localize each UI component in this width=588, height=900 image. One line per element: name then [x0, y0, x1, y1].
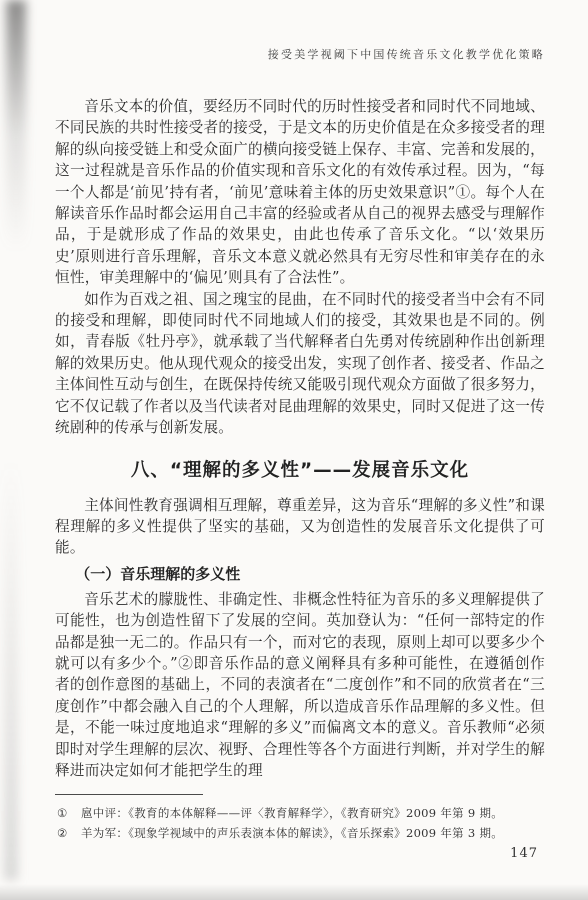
paragraph-music-text-value: 音乐文本的价值，要经历不同时代的历时性接受者和同时代不同地域、不同民族的共时性接… [55, 96, 545, 289]
section-heading: 八、“理解的多义性”——发展音乐文化 [55, 456, 545, 482]
subsection-heading: （一）音乐理解的多义性 [55, 562, 545, 586]
paragraph-polysemy: 音乐艺术的朦胧性、非确定性、非概念性特征为音乐的多义理解提供了可能性，也为创造性… [55, 589, 545, 782]
scan-edge-shadow-bottom-left [4, 460, 18, 880]
page-number: 147 [510, 846, 538, 861]
footnote-text: 羊为军：《现象学视域中的声乐表演本体的解读》，《音乐探索》2009 年第 3 期… [81, 824, 545, 844]
paragraph-intersubjectivity: 主体间性教育强调相互理解，尊重差异，这为音乐“理解的多义性”和课程理解的多义性提… [55, 495, 545, 559]
paragraph-kunqu-example: 如作为百戏之祖、国之瑰宝的昆曲，在不同时代的接受者当中会有不同的接受和理解，即使… [55, 289, 545, 439]
footnote-marker: ① [55, 804, 81, 824]
page-content: 接受美学视阈下中国传统音乐文化教学优化策略 音乐文本的价值，要经历不同时代的历时… [55, 46, 545, 843]
document-page: 接受美学视阈下中国传统音乐文化教学优化策略 音乐文本的价值，要经历不同时代的历时… [0, 0, 588, 900]
footnote-item-1: ① 扈中评：《教育的本体解释——评〈教育解释学〉，《教育研究》2009 年第 9… [55, 804, 545, 824]
footnote-text: 扈中评：《教育的本体解释——评〈教育解释学〉，《教育研究》2009 年第 9 期… [81, 804, 545, 824]
footnote-item-2: ② 羊为军：《现象学视域中的声乐表演本体的解读》，《音乐探索》2009 年第 3… [55, 824, 545, 844]
scan-edge-shadow-top-left [6, 0, 26, 250]
scan-edge-shadow-bottom [0, 884, 588, 900]
footnote-marker: ② [55, 824, 81, 844]
running-head: 接受美学视阈下中国传统音乐文化教学优化策略 [55, 46, 545, 62]
footnote-divider [55, 794, 203, 795]
